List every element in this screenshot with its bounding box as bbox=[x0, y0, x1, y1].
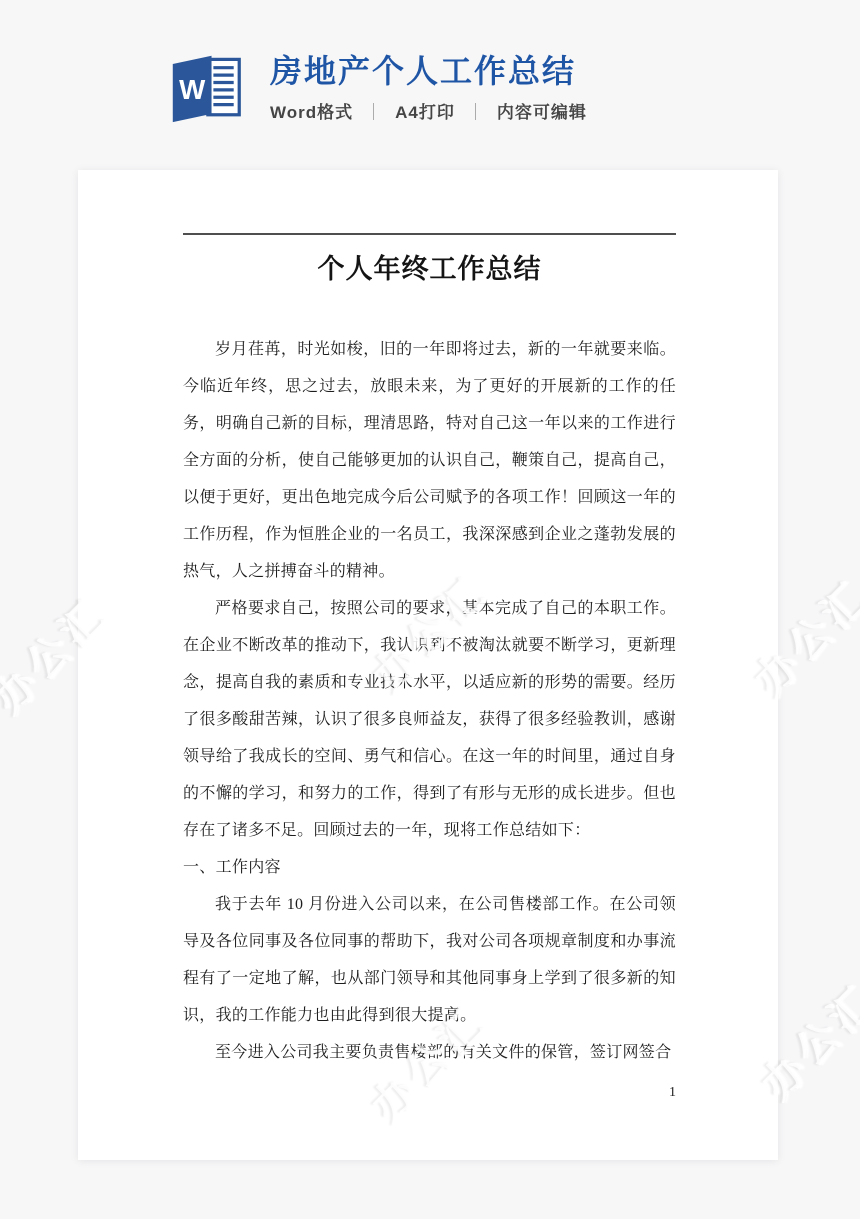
template-features: Word格式｜A4打印｜内容可编辑 bbox=[270, 102, 587, 124]
header-rule-line bbox=[183, 233, 676, 235]
feature-a4-print: A4打印 bbox=[395, 103, 455, 122]
word-icon: W bbox=[166, 52, 246, 124]
document-page: 个人年终工作总结 岁月荏苒，时光如梭，旧的一年即将过去，新的一年就要来临。今临近… bbox=[78, 170, 778, 1160]
doc-paragraph: 我于去年 10 月份进入公司以来，在公司售楼部工作。在公司领导及各位同事及各位同… bbox=[183, 886, 676, 1034]
page-number: 1 bbox=[669, 1086, 676, 1100]
doc-paragraph: 至今进入公司我主要负责售楼部的有关文件的保管，签订网签合 bbox=[183, 1034, 676, 1071]
feature-separator: ｜ bbox=[467, 103, 485, 122]
feature-editable: 内容可编辑 bbox=[497, 103, 587, 122]
document-title: 个人年终工作总结 bbox=[183, 253, 676, 285]
feature-separator: ｜ bbox=[365, 103, 383, 122]
template-preview-screen: { "header": { "title": "房地产个人工作总结", "sub… bbox=[0, 0, 860, 1219]
template-title: 房地产个人工作总结 bbox=[270, 52, 576, 90]
document-content: 个人年终工作总结 岁月荏苒，时光如梭，旧的一年即将过去，新的一年就要来临。今临近… bbox=[183, 233, 676, 1071]
feature-word-format: Word格式 bbox=[270, 103, 353, 122]
doc-paragraph: 严格要求自己，按照公司的要求，基本完成了自己的本职工作。在企业不断改革的推动下，… bbox=[183, 590, 676, 849]
doc-body: 岁月荏苒，时光如梭，旧的一年即将过去，新的一年就要来临。今临近年终，思之过去，放… bbox=[183, 331, 676, 1071]
word-logo-icon: W bbox=[166, 52, 246, 124]
word-icon-letter: W bbox=[179, 74, 206, 105]
doc-paragraph: 岁月荏苒，时光如梭，旧的一年即将过去，新的一年就要来临。今临近年终，思之过去，放… bbox=[183, 331, 676, 590]
doc-section-heading: 一、工作内容 bbox=[183, 849, 676, 886]
